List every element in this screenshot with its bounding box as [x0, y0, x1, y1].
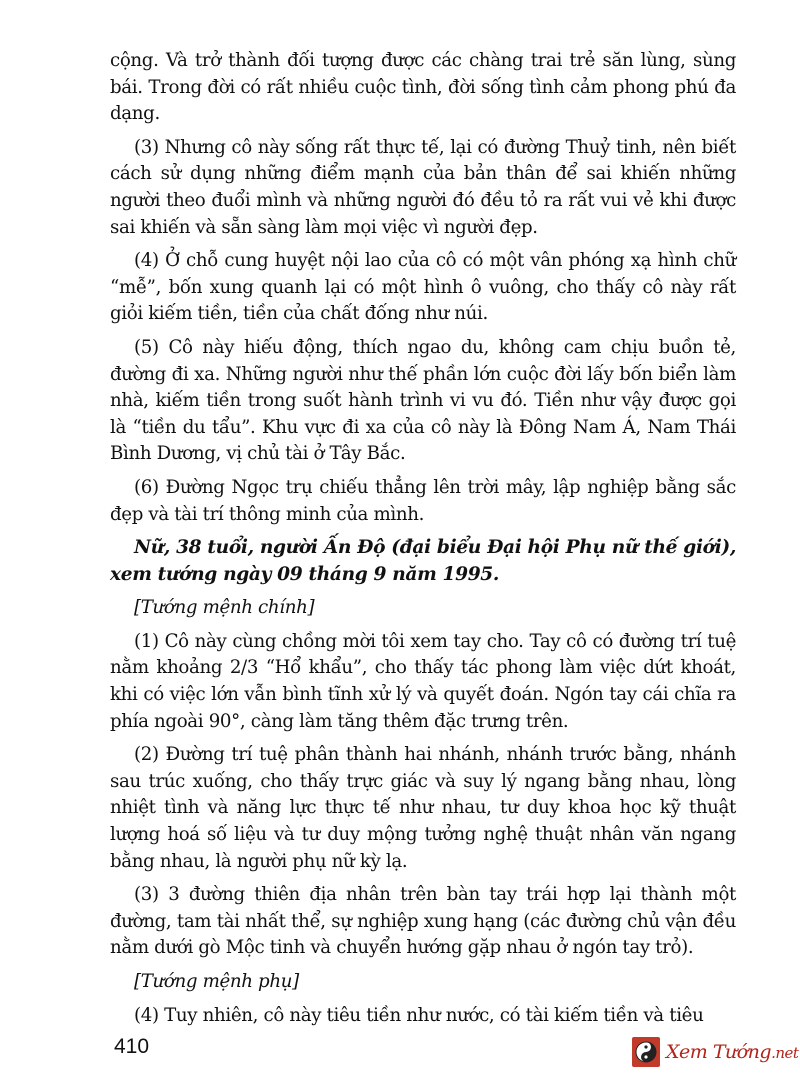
paragraph-case-item-2: (2) Đường trí tuệ phân thành hai nhánh, … [110, 742, 736, 875]
watermark: Xem Tướng.net [632, 1034, 798, 1070]
yin-yang-icon [632, 1037, 660, 1067]
subhead-secondary-fortune: [Tướng mệnh phụ] [110, 969, 736, 996]
paragraph-item-3: (3) Nhưng cô này sống rất thực tế, lại c… [110, 135, 736, 241]
paragraph-continuation: cộng. Và trở thành đối tượng được các ch… [110, 48, 736, 128]
paragraph-item-5: (5) Cô này hiếu động, thích ngao du, khô… [110, 335, 736, 468]
page-number: 410 [114, 1035, 149, 1059]
case-heading: Nữ, 38 tuổi, người Ấn Độ (đại biểu Đại h… [110, 535, 736, 588]
paragraph-item-4: (4) Ở chỗ cung huyệt nội lao của cô có m… [110, 248, 736, 328]
paragraph-case-item-4: (4) Tuy nhiên, cô này tiêu tiền như nước… [110, 1003, 736, 1030]
paragraph-case-item-1: (1) Cô này cùng chồng mời tôi xem tay ch… [110, 629, 736, 735]
paragraph-item-6: (6) Đường Ngọc trụ chiếu thẳng lên trời … [110, 475, 736, 528]
page-body: cộng. Và trở thành đối tượng được các ch… [110, 48, 736, 1036]
watermark-text: Xem Tướng.net [666, 1041, 798, 1063]
subhead-main-fortune: [Tướng mệnh chính] [110, 595, 736, 622]
watermark-suffix: .net [771, 1044, 798, 1062]
watermark-name: Xem Tướng [666, 1041, 771, 1063]
paragraph-case-item-3: (3) 3 đường thiên địa nhân trên bàn tay … [110, 882, 736, 962]
